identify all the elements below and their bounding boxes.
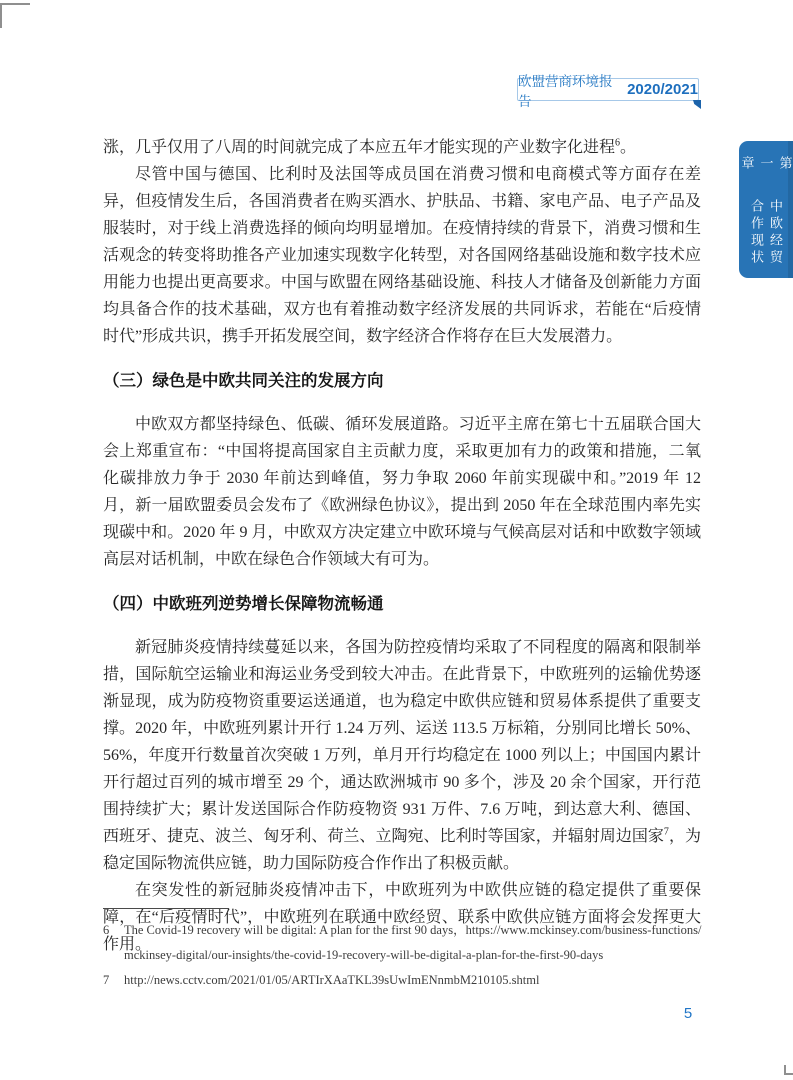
badge-corner-icon bbox=[693, 100, 701, 109]
report-title: 欧盟营商环境报告 bbox=[518, 70, 622, 110]
page-body: 涨，几乎仅用了八周的时间就完成了本应五年才能实现的产业数字化进程6。 尽管中国与… bbox=[103, 134, 701, 958]
chapter-number: 第一章 bbox=[738, 156, 793, 186]
report-year: 2020/2021 bbox=[627, 81, 698, 98]
footnote-item: 6 The Covid-19 recovery will be digital:… bbox=[103, 918, 703, 968]
footnotes-section: 6 The Covid-19 recovery will be digital:… bbox=[103, 908, 703, 993]
footnote-text: http://news.cctv.com/2021/01/05/ARTIrXAa… bbox=[124, 968, 703, 993]
chapter-title: 中欧经贸合作现状 bbox=[747, 199, 785, 278]
paragraph-continuation: 涨，几乎仅用了八周的时间就完成了本应五年才能实现的产业数字化进程6。 bbox=[103, 134, 701, 161]
crop-mark-bottom-right bbox=[784, 1065, 793, 1075]
crop-mark-top-left bbox=[0, 3, 30, 28]
chapter-side-tab[interactable]: 第一章 中欧经贸合作现状 bbox=[739, 141, 793, 278]
section-heading-green: （三）绿色是中欧共同关注的发展方向 bbox=[103, 368, 701, 395]
footnote-divider bbox=[103, 908, 229, 909]
section-heading-train: （四）中欧班列逆势增长保障物流畅通 bbox=[103, 591, 701, 618]
paragraph-text: 新冠肺炎疫情持续蔓延以来，各国为防控疫情均采取了不同程度的隔离和限制举措，国际航… bbox=[103, 639, 701, 845]
page-number: 5 bbox=[677, 1005, 699, 1022]
footnote-number: 6 bbox=[103, 918, 115, 968]
paragraph: 新冠肺炎疫情持续蔓延以来，各国为防控疫情均采取了不同程度的隔离和限制举措，国际航… bbox=[103, 634, 701, 877]
report-header-badge: 欧盟营商环境报告 2020/2021 bbox=[517, 78, 699, 101]
paragraph: 中欧双方都坚持绿色、低碳、循环发展道路。习近平主席在第七十五届联合国大会上郑重宣… bbox=[103, 411, 701, 573]
footnote-number: 7 bbox=[103, 968, 115, 993]
paragraph-text: 。 bbox=[620, 139, 636, 156]
footnote-text: The Covid-19 recovery will be digital: A… bbox=[124, 918, 703, 968]
paragraph: 尽管中国与德国、比利时及法国等成员国在消费习惯和电商模式等方面存在差异，但疫情发… bbox=[103, 161, 701, 350]
paragraph-text: 涨，几乎仅用了八周的时间就完成了本应五年才能实现的产业数字化进程 bbox=[103, 139, 615, 156]
footnote-item: 7 http://news.cctv.com/2021/01/05/ARTIrX… bbox=[103, 968, 703, 993]
